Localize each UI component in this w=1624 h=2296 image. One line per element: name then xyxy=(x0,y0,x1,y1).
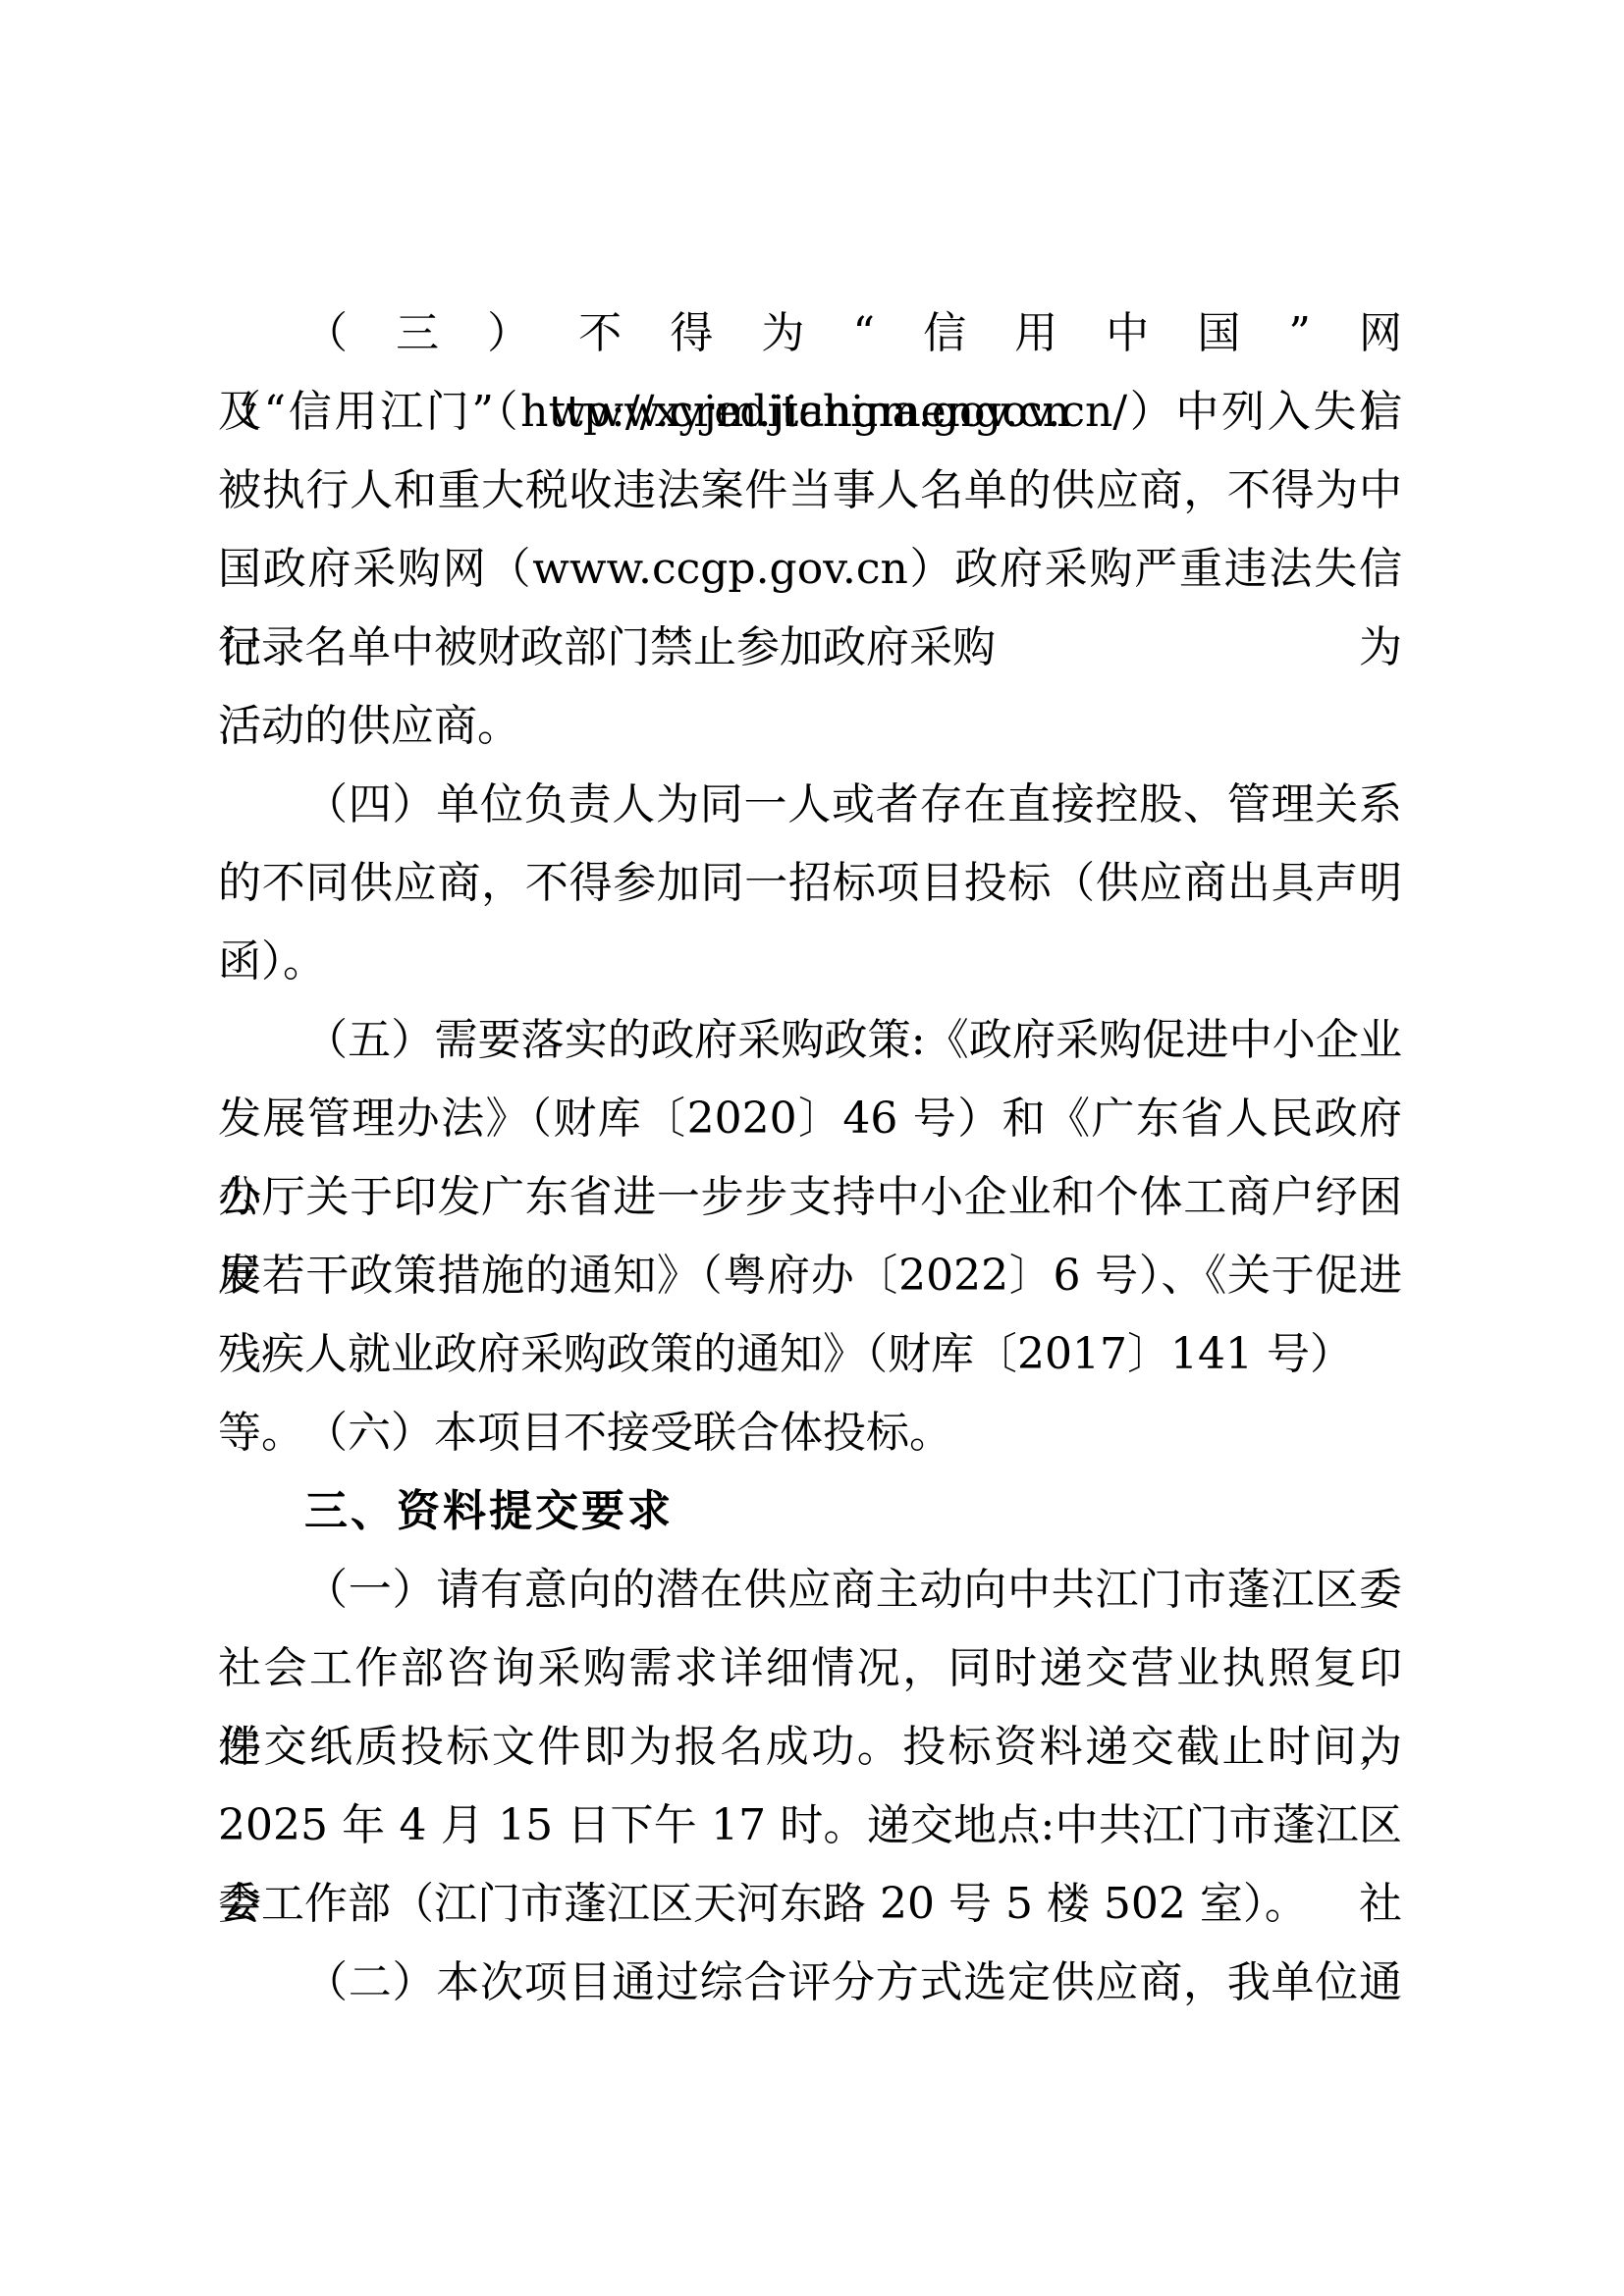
section-heading: 三、资料提交要求 xyxy=(218,1472,1402,1551)
text-line: 活动的供应商。 xyxy=(218,687,1402,766)
text-line: （三）不得为“信用中国”网（www.creditchina.gov.cn） xyxy=(218,294,1402,373)
text-line: （六）本项目不接受联合体投标。 xyxy=(218,1394,1402,1472)
text-line: 2025 年 4 月 15 日下午 17 时。递交地点:中共江门市蓬江区委社 xyxy=(218,1787,1402,1865)
text-line: 及“信用江门”（http://xyjm.jiangmengov.cn/）中列入失… xyxy=(218,373,1402,452)
text-line: 函）。 xyxy=(218,923,1402,1001)
text-line: （四）单位负责人为同一人或者存在直接控股、管理关系 xyxy=(218,766,1402,844)
text-line: 社会工作部咨询采购需求详细情况，同时递交营业执照复印件， xyxy=(218,1629,1402,1708)
text-line: 被执行人和重大税收违法案件当事人名单的供应商，不得为中 xyxy=(218,452,1402,530)
text-line: （五）需要落实的政府采购政策:《政府采购促进中小企业 xyxy=(218,1001,1402,1080)
text-line: 递交纸质投标文件即为报名成功。投标资料递交截止时间为 xyxy=(218,1708,1402,1787)
text-line: 公厅关于印发广东省进一步步支持中小企业和个体工商户纾困发 xyxy=(218,1158,1402,1237)
document-page: （三）不得为“信用中国”网（www.creditchina.gov.cn） 及“… xyxy=(0,0,1624,2296)
text-line: 发展管理办法》（财库〔2020〕46 号）和《广东省人民政府办 xyxy=(218,1080,1402,1158)
text-line: 的不同供应商，不得参加同一招标项目投标（供应商出具声明 xyxy=(218,844,1402,923)
text-line: 残疾人就业政府采购政策的通知》（财库〔2017〕141 号）等。 xyxy=(218,1315,1402,1394)
text-line: 展若干政策措施的通知》（粤府办〔2022〕6 号）、《关于促进 xyxy=(218,1237,1402,1315)
text-line: （二）本次项目通过综合评分方式选定供应商，我单位通 xyxy=(218,1944,1402,2022)
text-line: 国政府采购网（www.ccgp.gov.cn）政府采购严重违法失信行为 xyxy=(218,530,1402,609)
document-text-block: （三）不得为“信用中国”网（www.creditchina.gov.cn） 及“… xyxy=(218,294,1402,2022)
text-line: 会工作部（江门市蓬江区天河东路 20 号 5 楼 502 室）。 xyxy=(218,1865,1402,1944)
text-line: （一）请有意向的潜在供应商主动向中共江门市蓬江区委 xyxy=(218,1551,1402,1629)
